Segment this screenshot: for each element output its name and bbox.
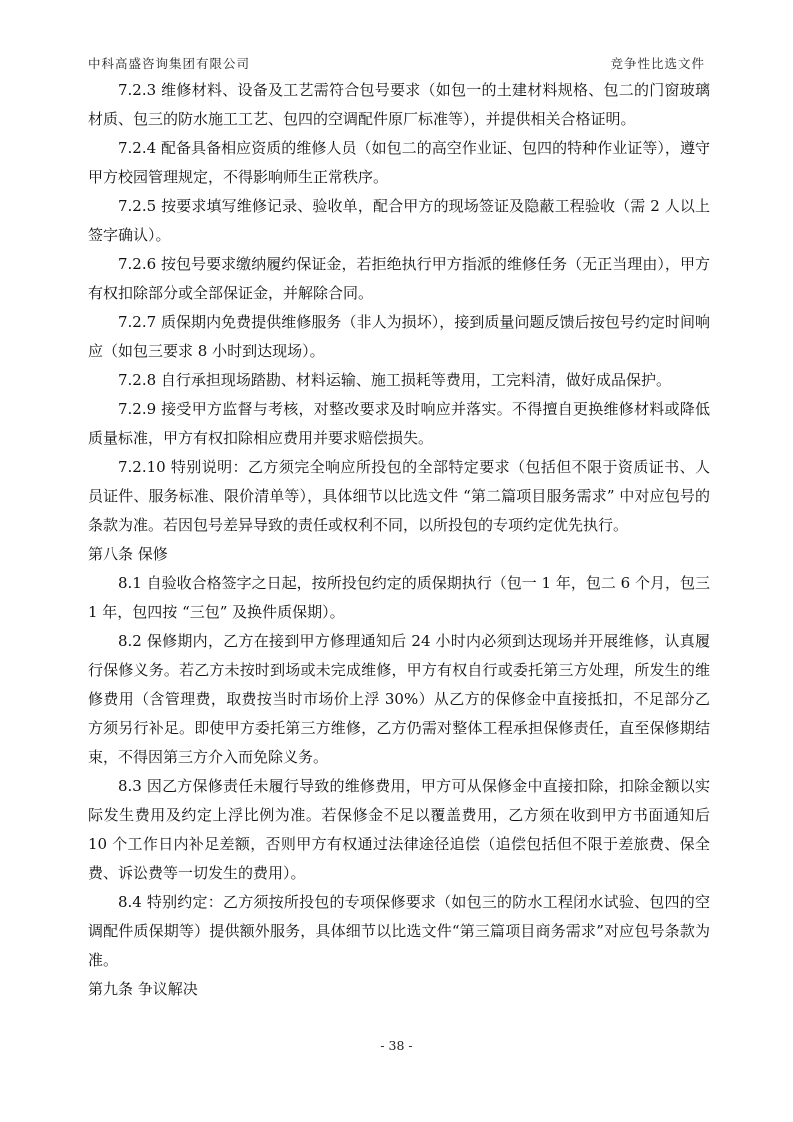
clause-7-2-6: 7.2.6 按包号要求缴纳履约保证金，若拒绝执行甲方指派的维修任务（无正当理由）… xyxy=(88,250,710,308)
document-type: 竞争性比选文件 xyxy=(610,54,705,72)
clause-7-2-7: 7.2.7 质保期内免费提供维修服务（非人为损坏），接到质量问题反馈后按包号约定… xyxy=(88,308,710,366)
clause-7-2-9: 7.2.9 接受甲方监督与考核，对整改要求及时响应并落实。不得擅自更换维修材料或… xyxy=(88,395,710,453)
article-9-heading: 第九条 争议解决 xyxy=(88,975,710,1004)
clause-8-2: 8.2 保修期内，乙方在接到甲方修理通知后 24 小时内必须到达现场并开展维修，… xyxy=(88,627,710,772)
clause-7-2-3: 7.2.3 维修材料、设备及工艺需符合包号要求（如包一的土建材料规格、包二的门窗… xyxy=(88,76,710,134)
clause-7-2-8: 7.2.8 自行承担现场踏勘、材料运输、施工损耗等费用，工完料清，做好成品保护。 xyxy=(88,366,710,395)
clause-7-2-4: 7.2.4 配备具备相应资质的维修人员（如包二的高空作业证、包四的特种作业证等）… xyxy=(88,134,710,192)
page-number: - 38 - xyxy=(0,1038,793,1053)
company-name: 中科高盛咨询集团有限公司 xyxy=(88,54,250,72)
clause-7-2-5: 7.2.5 按要求填写维修记录、验收单，配合甲方的现场签证及隐蔽工程验收（需 2… xyxy=(88,192,710,250)
document-body: 7.2.3 维修材料、设备及工艺需符合包号要求（如包一的土建材料规格、包二的门窗… xyxy=(88,76,710,1004)
clause-7-2-10: 7.2.10 特别说明：乙方须完全响应所投包的全部特定要求（包括但不限于资质证书… xyxy=(88,453,710,540)
clause-8-1: 8.1 自验收合格签字之日起，按所投包约定的质保期执行（包一 1 年，包二 6 … xyxy=(88,569,710,627)
article-8-heading: 第八条 保修 xyxy=(88,540,710,569)
clause-8-4: 8.4 特别约定：乙方须按所投包的专项保修要求（如包三的防水工程闭水试验、包四的… xyxy=(88,888,710,975)
page-header: 中科高盛咨询集团有限公司 竞争性比选文件 xyxy=(88,54,705,74)
clause-8-3: 8.3 因乙方保修责任未履行导致的维修费用，甲方可从保修金中直接扣除，扣除金额以… xyxy=(88,772,710,888)
